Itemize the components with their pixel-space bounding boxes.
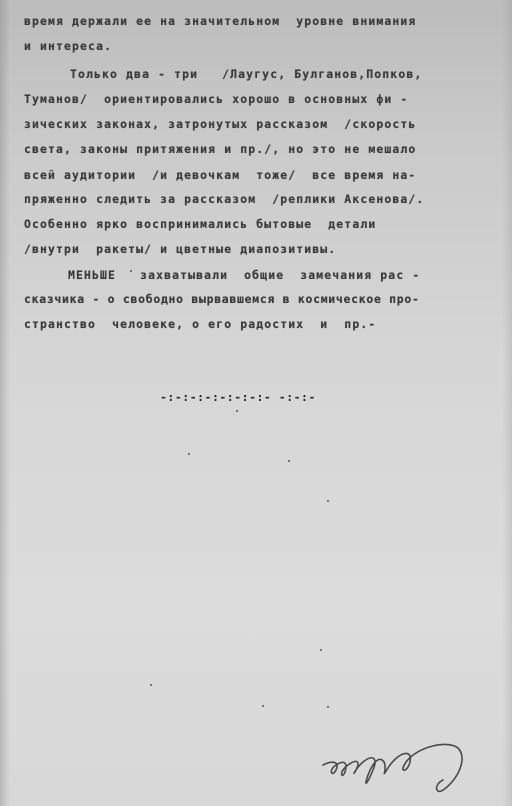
handwritten-signature [318,740,468,800]
text-line-1: время держали ее на значительном уровне … [24,14,416,28]
page-edge-shadow-left [0,0,10,806]
paper-speck [327,706,329,708]
page-edge-shadow-right [502,0,512,806]
text-line-13: странство человеке, о его радостих и пр.… [24,317,376,331]
text-line-3: Только два - три /Лаугус, Булганов,Попко… [70,67,422,81]
text-line-6: света, законы притяжения и пр./, но это … [24,142,416,156]
paper-speck [288,460,290,462]
paper-speck [150,684,152,686]
text-line-12: сказчика - о свободно вырвавшемся в косм… [24,292,420,306]
text-line-9: Особенно ярко воспринимались бытовые дет… [24,217,376,231]
paper-speck [236,410,238,412]
scanned-document-page: время держали ее на значительном уровне … [0,0,512,806]
text-line-11: МЕНЬШЕ захватывали общие замечания рас - [68,268,420,282]
paper-speck [130,270,132,272]
paper-speck [320,649,322,651]
paper-speck [262,705,264,707]
text-line-5: зических законах, затронутых рассказом /… [24,117,416,131]
text-line-4: Туманов/ ориентировались хорошо в основн… [24,92,408,106]
paper-speck [188,453,190,455]
section-divider: -:-:-:-:-:-:-:- -:-:- [160,390,316,404]
paper-speck [327,500,329,502]
text-line-8: пряженно следить за рассказом /реплики А… [24,192,424,206]
text-line-2: и интереса. [24,39,112,53]
text-line-10: /внутри ракеты/ и цветные диапозитивы. [24,242,336,256]
text-line-7: всей аудитории /и девочкам тоже/ все вре… [24,168,416,182]
